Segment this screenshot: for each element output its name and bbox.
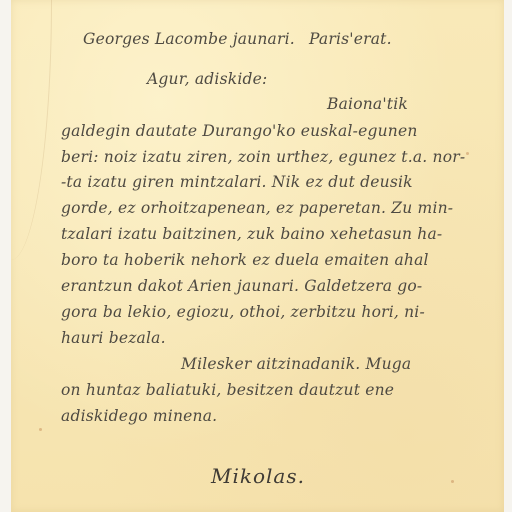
header-recipient: Georges Lacombe jaunari. — [83, 30, 295, 48]
body-line-13: adiskidego minena. — [61, 407, 217, 425]
body-line-7: boro ta hoberik nehork ez duela emaiten … — [61, 251, 429, 269]
salutation: Agur, adiskide: — [147, 70, 267, 88]
signature: Mikolas. — [211, 464, 305, 488]
body-line-11: Milesker aitzinadanik. Muga — [181, 355, 411, 373]
paper-stain — [451, 480, 454, 483]
paper-stain — [39, 428, 42, 431]
body-line-8: erantzun dakot Arien jaunari. Galdetzera… — [61, 277, 422, 295]
body-line-12: on huntaz baliatuki, besitzen dautzut en… — [61, 381, 394, 399]
body-line-3: beri: noiz izatu ziren, zoin urthez, egu… — [61, 148, 465, 166]
body-line-6: tzalari izatu baitzinen, zuk baino xehet… — [61, 225, 442, 243]
body-line-9: gora ba lekio, egiozu, othoi, zerbitzu h… — [61, 303, 425, 321]
scanned-letter: Georges Lacombe jaunari. Paris'erat. Agu… — [0, 0, 512, 512]
body-line-4: -ta izatu giren mintzalari. Nik ez dut d… — [61, 173, 413, 191]
body-line-2: galdegin dautate Durango'ko euskal-egune… — [61, 122, 418, 140]
paper-fold-mark — [11, 0, 52, 260]
body-line-1: Baiona'tik — [327, 95, 408, 113]
paper-sheet: Georges Lacombe jaunari. Paris'erat. Agu… — [11, 0, 504, 512]
body-line-5: gorde, ez orhoitzapenean, ez paperetan. … — [61, 199, 453, 217]
header-place: Paris'erat. — [309, 30, 392, 48]
body-line-10: hauri bezala. — [61, 329, 166, 347]
paper-stain — [466, 152, 469, 155]
